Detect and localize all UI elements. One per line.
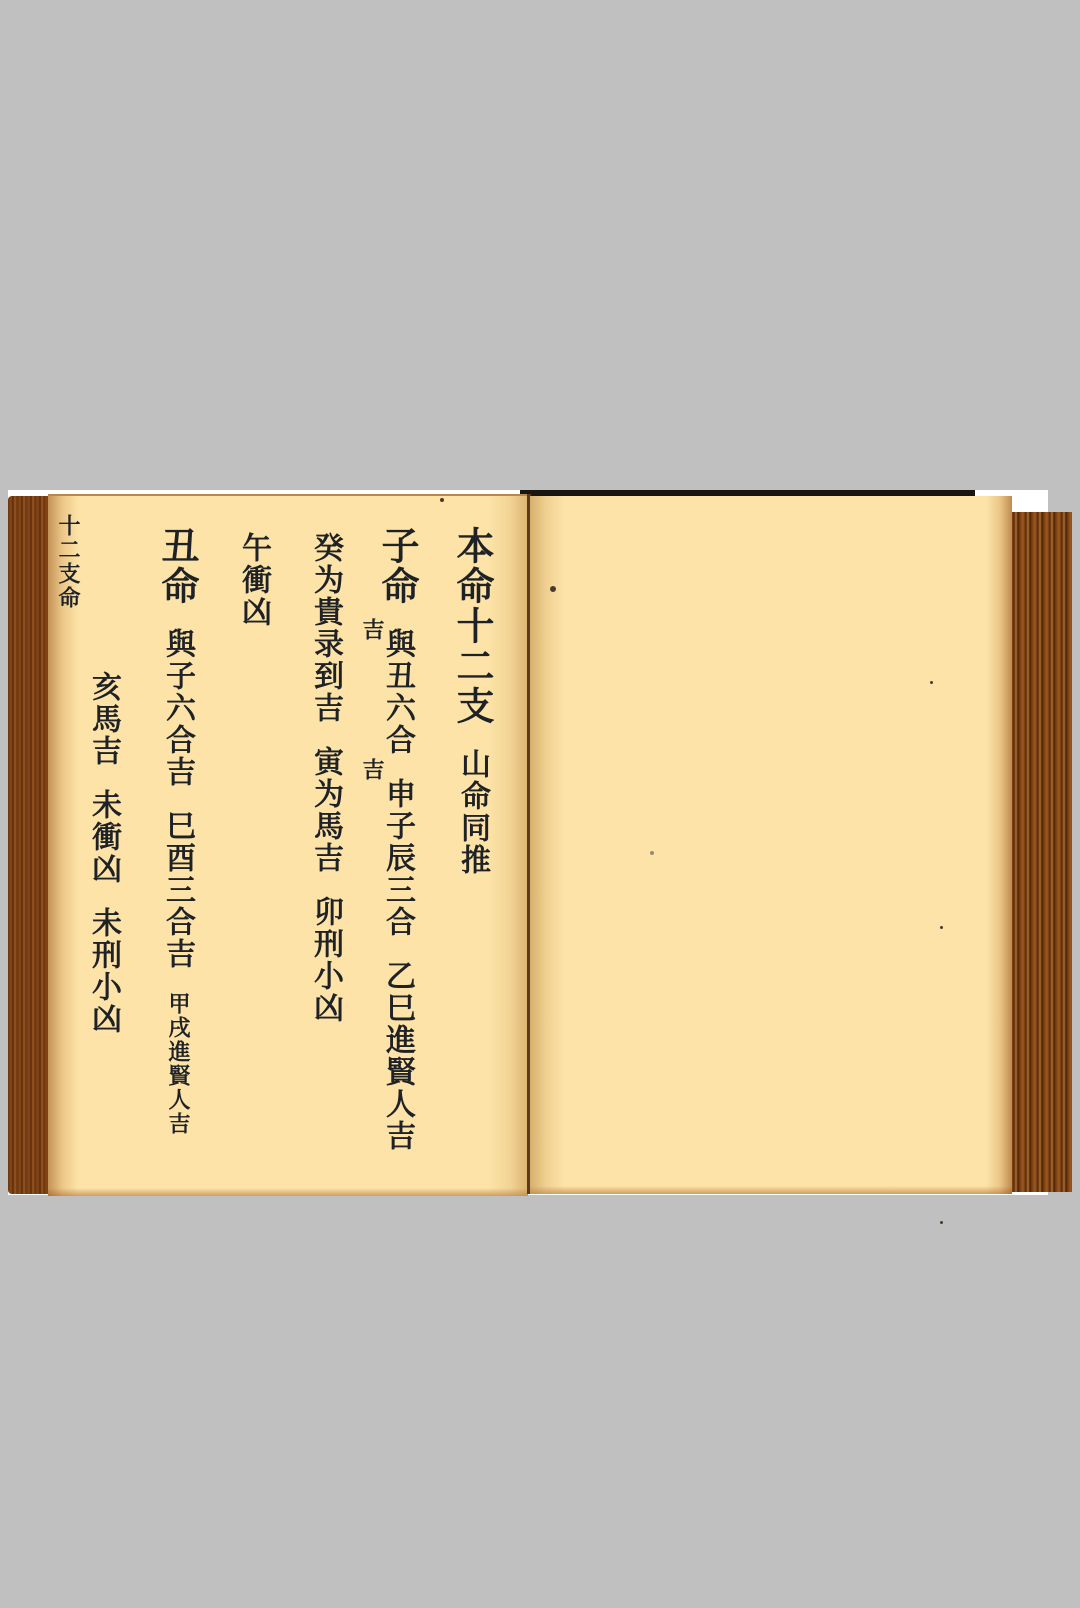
left-page: 本命十二支山命同推 子命與丑六合申子辰三合乙巳進賢人吉 吉 吉 癸为貴录到吉寅为… — [48, 494, 528, 1196]
annotation-ji-2: 吉 — [360, 758, 382, 782]
text-chou-jinxian: 甲戌進賢人吉 — [166, 992, 188, 1136]
heading-chou-ming: 丑命 — [158, 526, 196, 606]
ink-speck — [930, 681, 933, 684]
text-mao-xing: 卯刑小凶 — [310, 896, 340, 1024]
column-chou: 丑命與子六合吉巳酉三合吉甲戌進賢人吉 — [158, 526, 196, 1136]
title-text: 本命十二支 — [453, 526, 491, 726]
subtitle-text: 山命同推 — [457, 748, 487, 876]
text-chou-liuhe: 與子六合吉 — [162, 628, 192, 788]
text-zi-sanhe: 申子辰三合 — [382, 778, 412, 938]
text-yin-ma: 寅为馬吉 — [310, 746, 340, 874]
text-hai-ma: 亥馬吉 — [88, 671, 118, 767]
ink-speck — [940, 1221, 943, 1224]
margin-label: 十二支命 — [56, 514, 78, 610]
column-zi-2: 癸为貴录到吉寅为馬吉卯刑小凶 — [310, 532, 340, 1024]
column-title: 本命十二支山命同推 — [453, 526, 491, 876]
book-spread: 本命十二支山命同推 子命與丑六合申子辰三合乙巳進賢人吉 吉 吉 癸为貴录到吉寅为… — [0, 490, 1080, 1200]
ink-speck — [650, 851, 654, 855]
heading-zi-ming: 子命 — [378, 526, 416, 606]
text-wu-chong: 午衝凶 — [238, 532, 268, 628]
text-zi-jinxian: 乙巳進賢人吉 — [382, 960, 412, 1152]
ink-speck — [940, 926, 943, 929]
text-wei-chong: 未衝凶 — [88, 789, 118, 885]
text-zi-liuhe: 與丑六合 — [382, 628, 412, 756]
column-wu: 午衝凶 — [238, 532, 268, 628]
ink-speck — [440, 498, 444, 502]
right-page — [530, 496, 1012, 1194]
text-wei-xing: 未刑小凶 — [88, 907, 118, 1035]
right-page-edges — [1008, 512, 1072, 1192]
annotation-ji-1: 吉 — [360, 618, 382, 642]
column-chou-2: 亥馬吉未衝凶未刑小凶 — [88, 671, 118, 1035]
text-chou-sanhe: 巳酉三合吉 — [162, 810, 192, 970]
text-gui-guilu: 癸为貴录到吉 — [310, 532, 340, 724]
ink-speck — [550, 586, 556, 592]
